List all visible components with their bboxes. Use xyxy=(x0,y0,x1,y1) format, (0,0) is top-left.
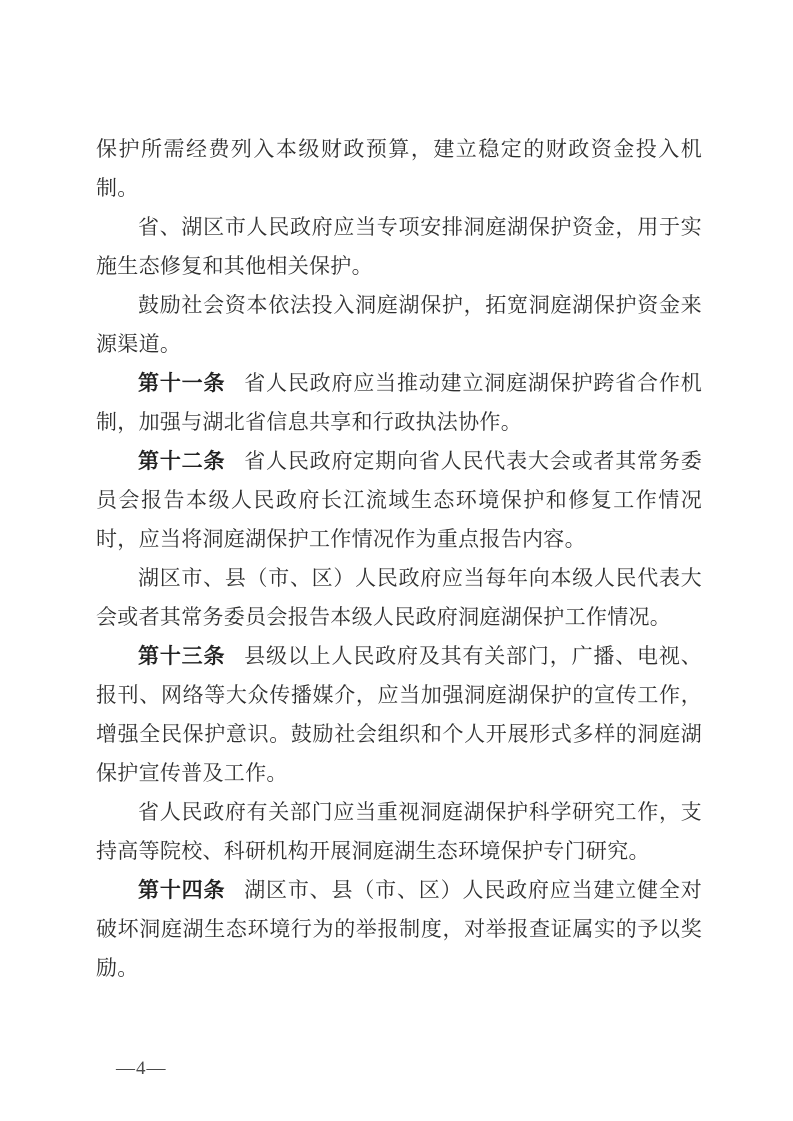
paragraph: 省、湖区市人民政府应当专项安排洞庭湖保护资金，用于实施生态修复和其他相关保护。 xyxy=(96,208,702,286)
article-number: 第十一条 xyxy=(138,372,225,395)
paragraph: 省人民政府有关部门应当重视洞庭湖保护科学研究工作，支持高等院校、科研机构开展洞庭… xyxy=(96,793,702,871)
document-text-block: 保护所需经费列入本级财政预算，建立稳定的财政资金投入机制。 省、湖区市人民政府应… xyxy=(96,130,702,988)
paragraph-text: 省、湖区市人民政府应当专项安排洞庭湖保护资金，用于实施生态修复和其他相关保护。 xyxy=(96,215,702,278)
paragraph-text: 湖区市、县（市、区）人民政府应当每年向本级人民代表大会或者其常务委员会报告本级人… xyxy=(96,566,702,629)
paragraph: 保护所需经费列入本级财政预算，建立稳定的财政资金投入机制。 xyxy=(96,130,702,208)
paragraph-article-14: 第十四条湖区市、县（市、区）人民政府应当建立健全对破坏洞庭湖生态环境行为的举报制… xyxy=(96,871,702,988)
paragraph-article-12: 第十二条省人民政府定期向省人民代表大会或者其常务委员会报告本级人民政府长江流域生… xyxy=(96,442,702,559)
paragraph-text: 保护所需经费列入本级财政预算，建立稳定的财政资金投入机制。 xyxy=(96,137,702,200)
document-page: 保护所需经费列入本级财政预算，建立稳定的财政资金投入机制。 省、湖区市人民政府应… xyxy=(0,0,793,1121)
paragraph-article-11: 第十一条省人民政府应当推动建立洞庭湖保护跨省合作机制，加强与湖北省信息共享和行政… xyxy=(96,364,702,442)
paragraph-article-13: 第十三条县级以上人民政府及其有关部门，广播、电视、报刊、网络等大众传播媒介，应当… xyxy=(96,637,702,793)
article-number: 第十二条 xyxy=(138,450,225,473)
paragraph: 鼓励社会资本依法投入洞庭湖保护，拓宽洞庭湖保护资金来源渠道。 xyxy=(96,286,702,364)
paragraph-text: 鼓励社会资本依法投入洞庭湖保护，拓宽洞庭湖保护资金来源渠道。 xyxy=(96,293,702,356)
page-number: —4— xyxy=(116,1057,167,1081)
paragraph: 湖区市、县（市、区）人民政府应当每年向本级人民代表大会或者其常务委员会报告本级人… xyxy=(96,559,702,637)
paragraph-text: 省人民政府有关部门应当重视洞庭湖保护科学研究工作，支持高等院校、科研机构开展洞庭… xyxy=(96,800,702,863)
article-number: 第十三条 xyxy=(138,645,225,668)
article-number: 第十四条 xyxy=(138,879,225,902)
